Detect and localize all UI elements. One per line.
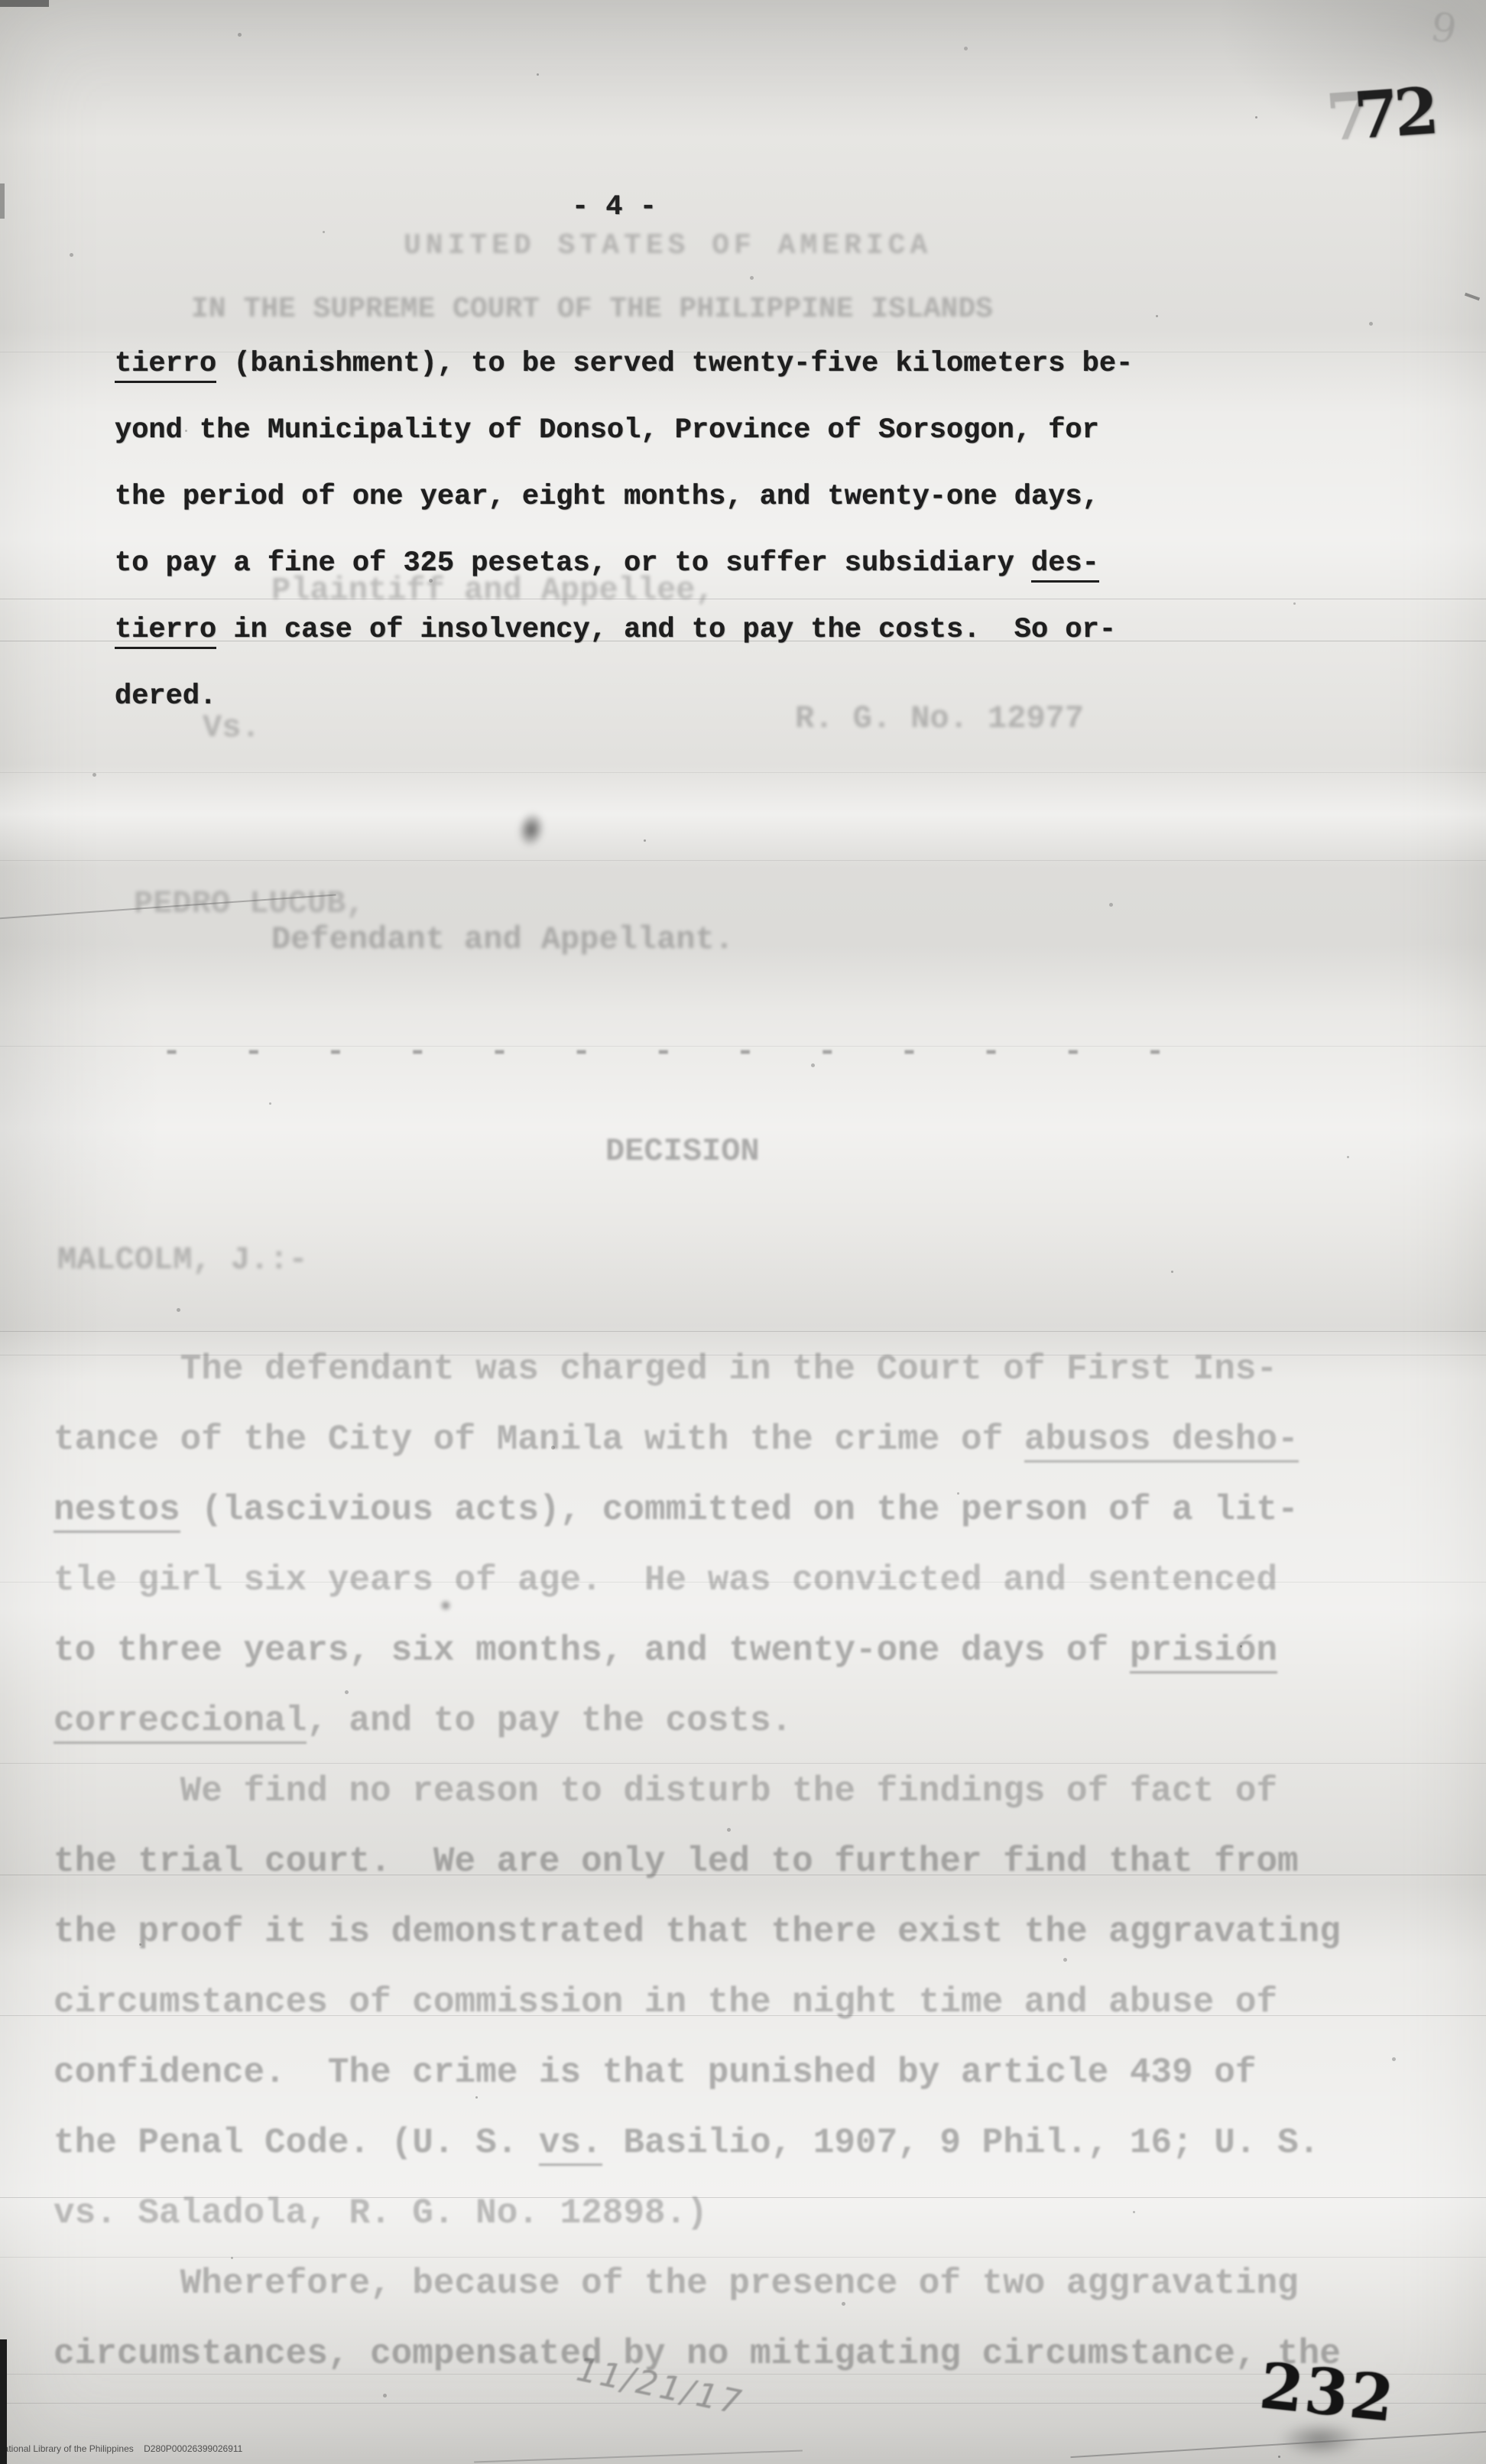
text-segment: in case of insolvency, and to pay the co… [216,614,1116,646]
text-segment: Wherefore, because of the presence of tw… [54,2264,1299,2303]
text-segment: The defendant was charged in the Court o… [54,1349,1277,1389]
scan-line [0,599,1486,599]
underlined-text: vs. [539,2123,602,2166]
underlined-text: prisión [1130,1631,1277,1674]
paper-specks [0,0,2,2]
text-line: the proof it is demonstrated that there … [54,1912,1341,1952]
ghost-stroke-7: 7 [1324,77,1369,155]
text-segment: the proof it is demonstrated that there … [54,1912,1341,1952]
text-line: Wherefore, because of the presence of tw… [54,2264,1299,2303]
ghost-defendant-line: Defendant and Appellant. [271,921,734,958]
text-segment: the trial court. We are only led to furt… [54,1842,1299,1881]
faint-corner-pencil-mark: 9 [1427,5,1460,54]
scan-edge-artifact [0,183,5,219]
text-line: yond the Municipality of Donsol, Provinc… [115,414,1099,446]
text-line: to three years, six months, and twenty-o… [54,1631,1277,1670]
text-line: The defendant was charged in the Court o… [54,1349,1277,1389]
text-line: nestos (lascivious acts), committed on t… [54,1490,1299,1530]
pencil-scratch-line [474,2449,803,2462]
text-segment: tle girl six years of age. He was convic… [54,1560,1277,1600]
handwritten-folio-number-72: 772 [1324,73,1437,156]
ghost-defendant-name: PEDRO LUCUB, [134,885,365,922]
text-line: dered. [115,680,216,713]
ghost-header-supreme-court: IN THE SUPREME COURT OF THE PHILIPPINE I… [191,293,993,326]
text-line: tance of the City of Manila with the cri… [54,1420,1299,1459]
ghost-header-united-states: UNITED STATES OF AMERICA [404,229,932,262]
stamped-page-number-232: 232 [1256,2349,1398,2436]
scan-edge-artifact-top [0,0,49,7]
ghost-separator-dashes: ------------- [162,1034,1228,1070]
underlined-text: des- [1031,547,1099,583]
text-segment: (lascivious acts), committed on the pers… [180,1490,1299,1530]
text-line: the Penal Code. (U. S. vs. Basilio, 1907… [54,2123,1319,2163]
text-segment: Basilio, 1907, 9 Phil., 16; U. S. [602,2123,1320,2163]
ghost-judge-line: MALCOLM, J.:- [57,1242,308,1278]
underlined-text: tierro [115,614,216,649]
text-line: confidence. The crime is that punished b… [54,2053,1256,2092]
text-line: circumstances, compensated by no mitigat… [54,2334,1341,2374]
scan-line [0,1331,1486,1332]
text-segment: to pay a fine of 325 pesetas, or to suff… [115,547,1031,579]
underlined-text: correccional [54,1701,307,1744]
text-segment: vs. Saladola, R. G. No. 12898.) [54,2193,708,2233]
text-segment: (banishment), to be served twenty-five k… [216,348,1133,380]
scan-line [0,2257,1486,2258]
text-line: to pay a fine of 325 pesetas, or to suff… [115,547,1099,579]
ghost-vs-label: Vs. [203,709,261,746]
text-line: tle girl six years of age. He was convic… [54,1560,1277,1600]
text-segment: , and to pay the costs. [307,1701,792,1741]
pencil-scratch-line [1070,2430,1486,2458]
text-line: the period of one year, eight months, an… [115,481,1099,513]
text-line: correccional, and to pay the costs. [54,1701,792,1741]
text-segment: yond the Municipality of Donsol, Provinc… [115,414,1099,446]
ink-blot [440,1599,452,1612]
scan-edge-tick [1465,293,1480,301]
text-segment: dered. [115,680,216,713]
text-segment: circumstances, compensated by no mitigat… [54,2334,1341,2374]
text-segment: We find no reason to disturb the finding… [54,1771,1277,1811]
text-segment: circumstances of commission in the night… [54,1982,1277,2022]
library-watermark-text: National Library of the Philippines D280… [0,2443,242,2454]
text-line: vs. Saladola, R. G. No. 12898.) [54,2193,708,2233]
text-segment: tance of the City of Manila with the cri… [54,1420,1024,1459]
text-segment: the period of one year, eight months, an… [115,481,1099,513]
underlined-text: abusos desho- [1024,1420,1299,1462]
scan-line [0,772,1486,773]
ghost-case-number: R. G. No. 12977 [795,700,1084,737]
ghost-decision-heading: DECISION [605,1133,760,1170]
underlined-text: tierro [115,348,216,383]
scan-line [0,1763,1486,1764]
text-segment: confidence. The crime is that punished b… [54,2053,1256,2092]
text-line: circumstances of commission in the night… [54,1982,1277,2022]
scan-line [0,860,1486,861]
text-line: tierro (banishment), to be served twenty… [115,348,1133,380]
text-line: tierro in case of insolvency, and to pay… [115,614,1116,646]
scanned-document-page: UNITED STATES OF AMERICA IN THE SUPREME … [0,0,1486,2464]
typed-page-number-marker: - 4 - [572,191,657,223]
ink-blot [515,810,548,849]
underlined-text: nestos [54,1490,180,1533]
text-line: the trial court. We are only led to furt… [54,1842,1299,1881]
text-line: We find no reason to disturb the finding… [54,1771,1277,1811]
text-segment: the Penal Code. (U. S. [54,2123,539,2163]
text-segment: to three years, six months, and twenty-o… [54,1631,1130,1670]
